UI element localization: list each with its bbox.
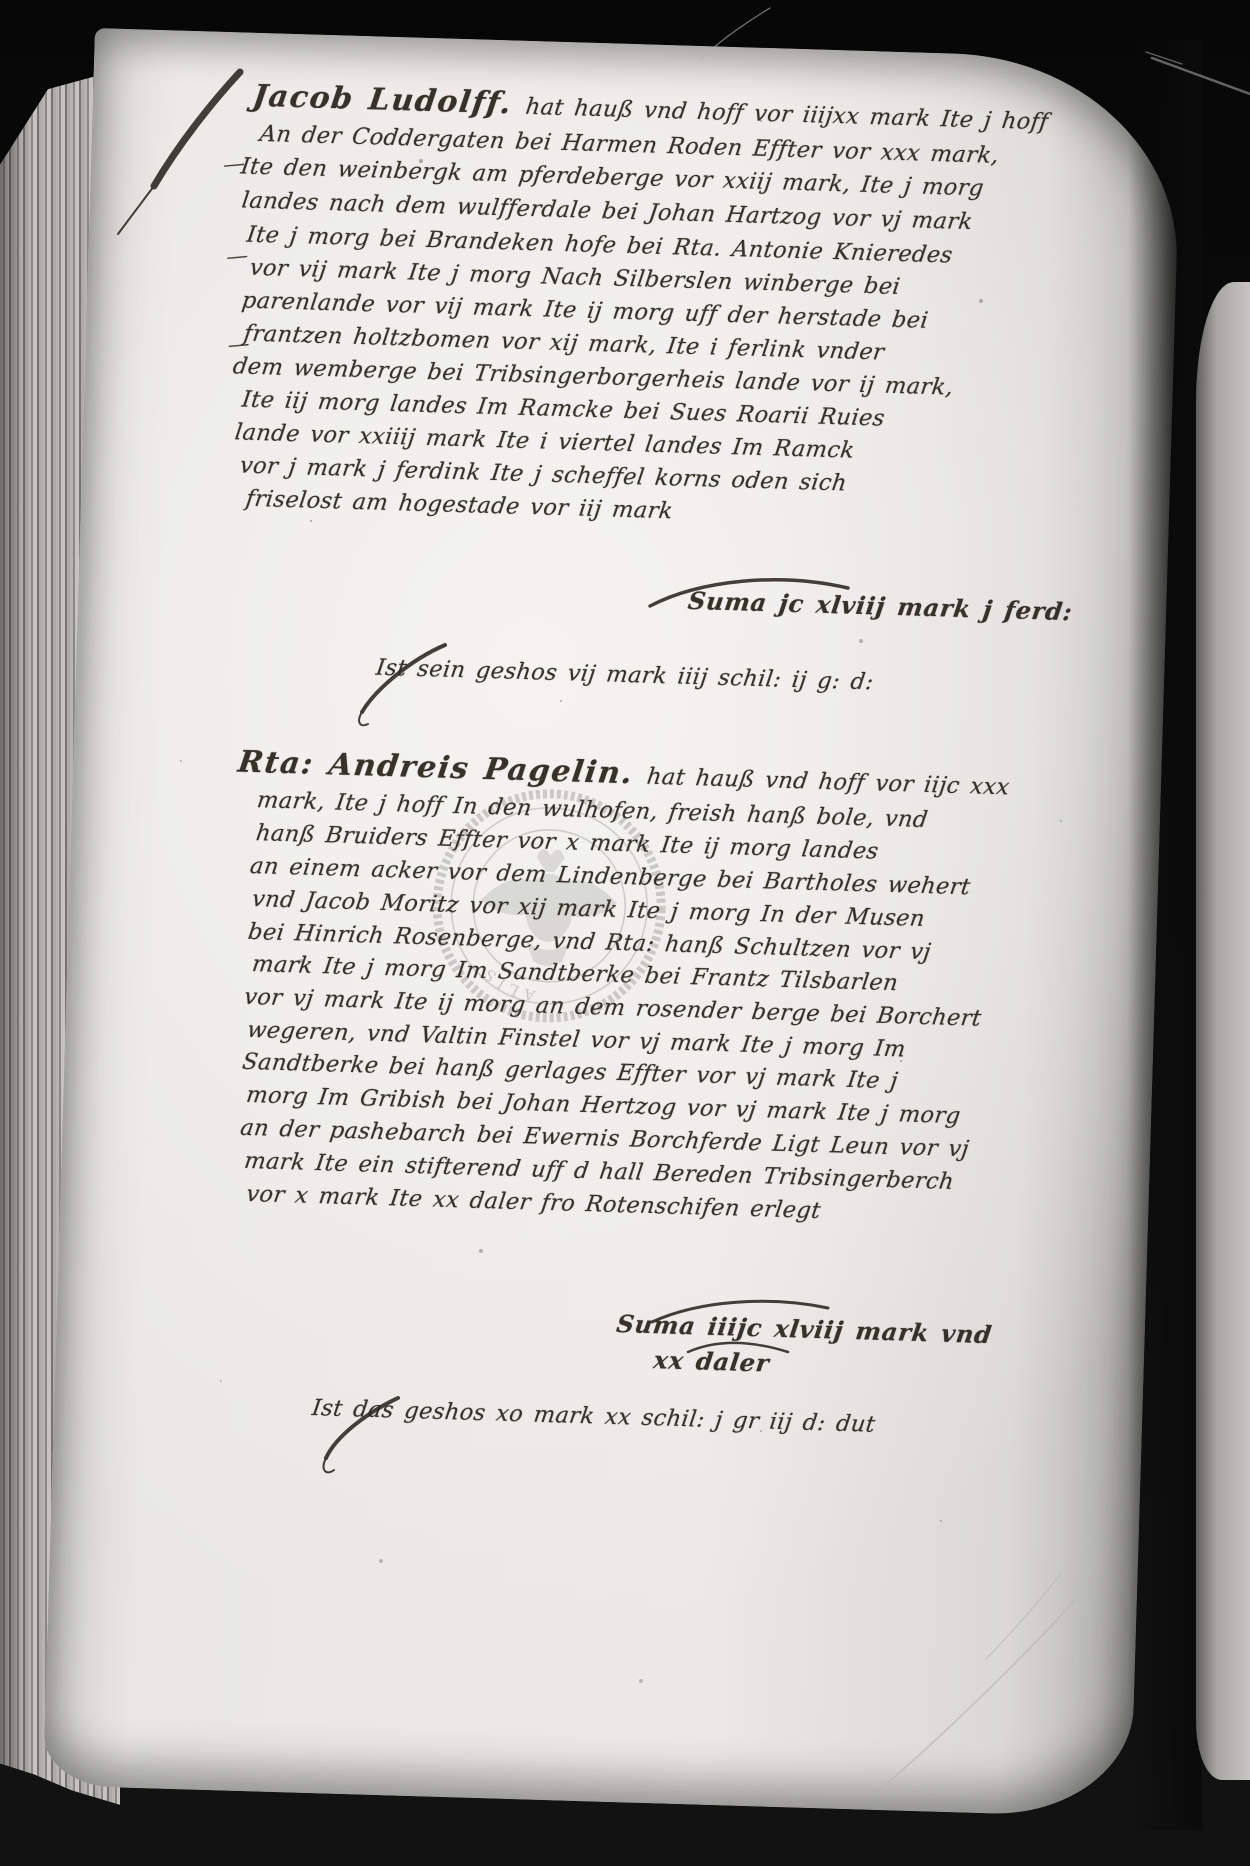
pen-slash-tail	[118, 186, 154, 234]
geschoss-flourish-2-tail	[324, 1458, 334, 1472]
book-strap-line	[1152, 58, 1250, 94]
geschoss-flourish-2	[326, 1398, 398, 1458]
paper-crease	[700, 8, 770, 60]
geschoss-flourish-tail	[359, 712, 368, 725]
paper-crease	[985, 1575, 1060, 1660]
daler-flourish	[688, 1343, 788, 1352]
manuscript-photo: Jacob Ludolff.hat hauß vnd hoff vor iiij…	[0, 0, 1250, 1866]
suma-swoosh-2	[652, 1301, 828, 1322]
suma-swoosh	[650, 580, 848, 606]
geschoss-flourish	[362, 645, 445, 712]
paper-crease	[880, 1600, 1075, 1790]
pen-slash-flourish	[154, 72, 240, 186]
ink-flourishes	[0, 0, 1250, 1866]
